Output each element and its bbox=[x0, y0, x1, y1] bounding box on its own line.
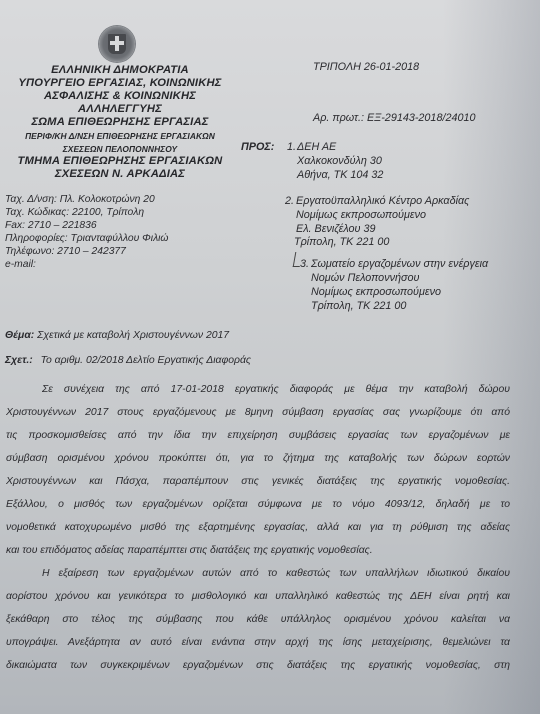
header-line-ministry-3: ΑΛΛΗΛΕΓΓΥΗΣ bbox=[0, 103, 240, 115]
recipient-3-region: Νομών Πελοποννήσου bbox=[311, 272, 419, 284]
paragraph-line: δικαιώματα των συγκεκριμένων εργαζομένων… bbox=[6, 654, 510, 677]
paragraph-line: και του επιδόματος αδείας παραπέμπτει στ… bbox=[6, 539, 510, 562]
recipient-2-number: 2. bbox=[285, 195, 294, 207]
recipient-1-number: 1. bbox=[287, 141, 296, 153]
paragraph-line: σύμβαση ορισμένου χρόνου προκύπτει ότι, … bbox=[6, 447, 510, 470]
contact-block: Ταχ. Δ/νση: Πλ. Κολοκοτρώνη 20 Ταχ. Κώδι… bbox=[5, 193, 168, 271]
subject-label: Θέμα: bbox=[5, 330, 34, 341]
document-page: ΕΛΛΗΝΙΚΗ ΔΗΜΟΚΡΑΤΙΑ ΥΠΟΥΡΓΕΙΟ ΕΡΓΑΣΙΑΣ, … bbox=[0, 0, 540, 714]
paragraph-line: Χριστουγέννων 2017 στους εργαζόμενους με… bbox=[6, 401, 510, 424]
protocol-number: Αρ. πρωτ.: ΕΞ-29143-2018/24010 bbox=[313, 112, 475, 124]
header-line-department: ΤΜΗΜΑ ΕΠΙΘΕΩΡΗΣΗΣ ΕΡΓΑΣΙΑΚΩΝ bbox=[0, 155, 240, 167]
recipient-1-name: ΔΕΗ ΑΕ bbox=[297, 141, 336, 153]
recipient-2-name: Εργατοϋπαλληλικό Κέντρο Αρκαδίας bbox=[296, 195, 469, 207]
paragraph-line: ξεκάθαρη στο τέλος της σύμβασης που κάθε… bbox=[6, 608, 510, 631]
subject-line: Θέμα: Σχετικά με καταβολή Χριστουγέννων … bbox=[5, 330, 229, 341]
recipient-3-rep: Νομίμως εκπροσωπούμενο bbox=[311, 286, 441, 298]
contact-postcode: Ταχ. Κώδικας: 22100, Τρίπολη bbox=[5, 206, 168, 219]
recipient-3-number: 3. bbox=[300, 258, 309, 270]
recipient-3-city: Τρίπολη, ΤΚ 221 00 bbox=[311, 300, 406, 312]
paragraph-line: Σε συνέχεια της από 17-01-2018 εργατικής… bbox=[42, 378, 510, 401]
place-date: ΤΡΙΠΟΛΗ 26-01-2018 bbox=[313, 61, 419, 73]
reference-text: Το αριθμ. 02/2018 Δελτίο Εργατικής Διαφο… bbox=[41, 355, 251, 366]
recipient-1-street: Χαλκοκονδύλη 30 bbox=[297, 155, 382, 167]
contact-address: Ταχ. Δ/νση: Πλ. Κολοκοτρώνη 20 bbox=[5, 193, 168, 206]
header-line-regional-dir: ΠΕΡΙΦ/ΚΗ Δ/ΝΣΗ ΕΠΙΘΕΩΡΗΣΗΣ ΕΡΓΑΣΙΑΚΩΝ bbox=[0, 131, 240, 141]
header-line-ministry-2: ΑΣΦΑΛΙΣΗΣ & ΚΟΙΝΩΝΙΚΗΣ bbox=[0, 90, 240, 102]
header-line-arcadia: ΣΧΕΣΕΩΝ Ν. ΑΡΚΑΔΙΑΣ bbox=[0, 168, 240, 180]
header-line-peloponnese: ΣΧΕΣΕΩΝ ΠΕΛΟΠΟΝΝΗΣΟΥ bbox=[0, 144, 240, 154]
contact-email: e-mail: bbox=[5, 258, 168, 271]
paragraph-line: υπογράψει. Ανεξάρτητα αν αυτό είναι ενάν… bbox=[6, 631, 510, 654]
paragraph-line: Χριστουγέννων και Πάσχα, παραπέμπουν στι… bbox=[6, 470, 510, 493]
recipient-1-city: Αθήνα, ΤΚ 104 32 bbox=[297, 169, 383, 181]
paragraph-line: Εξάλλου, ο μισθός των εργαζομένων ορίζετ… bbox=[6, 493, 510, 516]
recipient-2-street: Ελ. Βενιζέλου 39 bbox=[296, 223, 375, 235]
recipient-2-city: Τρίπολη, ΤΚ 221 00 bbox=[294, 236, 389, 248]
contact-info: Πληροφορίες: Τριανταφύλλου Φιλιώ bbox=[5, 232, 168, 245]
subject-text: Σχετικά με καταβολή Χριστουγέννων 2017 bbox=[37, 330, 229, 341]
contact-fax: Fax: 2710 – 221836 bbox=[5, 219, 168, 232]
greek-coat-of-arms-icon bbox=[99, 26, 135, 62]
header-line-ministry: ΥΠΟΥΡΓΕΙΟ ΕΡΓΑΣΙΑΣ, ΚΟΙΝΩΝΙΚΗΣ bbox=[0, 77, 240, 89]
header-line-republic: ΕΛΛΗΝΙΚΗ ΔΗΜΟΚΡΑΤΙΑ bbox=[0, 64, 240, 76]
reference-line: Σχετ.: Το αριθμ. 02/2018 Δελτίο Εργατική… bbox=[5, 355, 251, 366]
paragraph-line: Η εξαίρεση των εργαζομένων αυτών από το … bbox=[42, 562, 510, 585]
recipient-3-name: Σωματείο εργαζομένων στην ενέργεια bbox=[311, 258, 488, 270]
paragraph-line: νομοθετικά κατοχυρωμένο μισθό της εξαρτη… bbox=[6, 516, 510, 539]
paragraph-line: τις προσκομισθείσες από την ίδια την επι… bbox=[6, 424, 510, 447]
reference-label: Σχετ.: bbox=[5, 355, 33, 366]
recipients-label: ΠΡΟΣ: bbox=[241, 141, 274, 153]
header-line-inspectorate: ΣΩΜΑ ΕΠΙΘΕΩΡΗΣΗΣ ΕΡΓΑΣΙΑΣ bbox=[0, 116, 240, 128]
contact-phone: Τηλέφωνο: 2710 – 242377 bbox=[5, 245, 168, 258]
paragraph-line: αορίστου χρόνου και γενικότερα το μισθολ… bbox=[6, 585, 510, 608]
recipient-2-rep: Νομίμως εκπροσωπούμενο bbox=[296, 209, 426, 221]
